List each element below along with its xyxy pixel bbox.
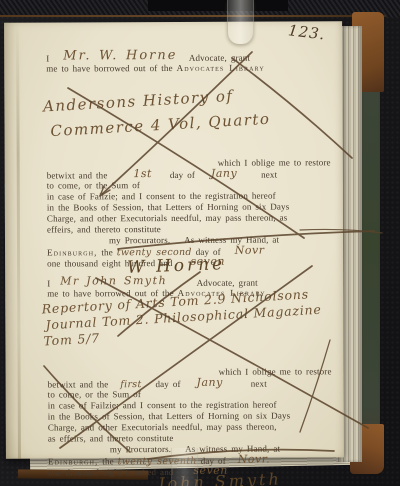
borrowed-line: me to have borrowed out of the Advocates… [46, 62, 330, 74]
return-month-handwritten: Jany [197, 376, 223, 389]
ledger-page: 123. I Mr. W. Horne Advocate, grant me t… [4, 21, 344, 458]
page-number: 123. [287, 21, 326, 43]
board-top-edge [0, 15, 386, 17]
borrower-name-handwritten: Mr John Smyth [60, 274, 167, 287]
cloth-shadow [148, 0, 288, 11]
page-crease [16, 23, 21, 459]
return-month-handwritten: Jany [211, 167, 237, 180]
library-name: Advocates Library [177, 63, 265, 73]
return-day-handwritten: 1st [133, 167, 152, 180]
photo-background: 123. I Mr. W. Horne Advocate, grant me t… [0, 0, 400, 486]
advocate-grant-text: Advocate, grant [197, 278, 258, 288]
opening-i: I [47, 279, 50, 289]
borrow-entry-1: I Mr. W. Horne Advocate, grant me to hav… [46, 51, 331, 268]
signed-month-handwritten: Novr [235, 244, 265, 257]
book-weight-strip-bottom [171, 448, 198, 486]
book-titles-handwritten: Andersons History of Commerce 4 Vol, Qua… [42, 82, 271, 145]
borrower-name-handwritten: Mr. W. Horne [63, 48, 177, 63]
advocate-grant-text: Advocate, grant [189, 53, 250, 63]
book-weight-strip-top [227, 0, 254, 44]
opening-i: I [46, 54, 49, 64]
signed-month-handwritten: Novr. [238, 453, 271, 466]
